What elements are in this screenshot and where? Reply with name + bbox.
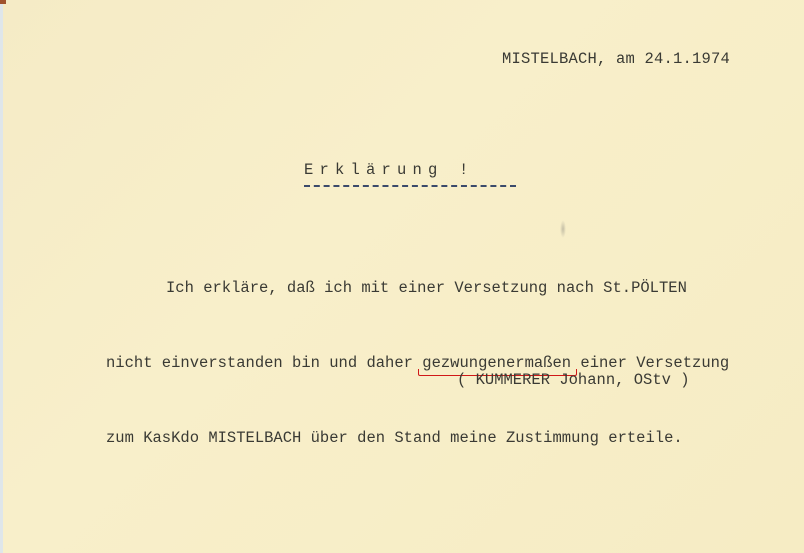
signature-line: ( KUMMERER Johann, OStv ) — [457, 371, 690, 389]
ink-smudge — [560, 220, 566, 238]
body-line-1-text: Ich erkläre, daß ich mit einer Versetzun… — [166, 279, 687, 297]
body-line-3: zum KasKdo MISTELBACH über den Stand mei… — [106, 426, 729, 451]
body-line-1: Ich erkläre, daß ich mit einer Versetzun… — [106, 276, 729, 301]
document-title: Erklärung ! — [304, 161, 475, 179]
scanned-letter: MISTELBACH, am 24.1.1974 Erklärung ! Ich… — [0, 0, 804, 553]
title-underline — [304, 185, 516, 187]
body-line-2-after: einer Versetzung — [571, 354, 729, 372]
body-line-2-before: nicht einverstanden bin und daher — [106, 354, 422, 372]
place-date: MISTELBACH, am 24.1.1974 — [502, 50, 730, 68]
declaration-body: Ich erkläre, daß ich mit einer Versetzun… — [106, 226, 729, 501]
scan-edge — [0, 4, 3, 553]
